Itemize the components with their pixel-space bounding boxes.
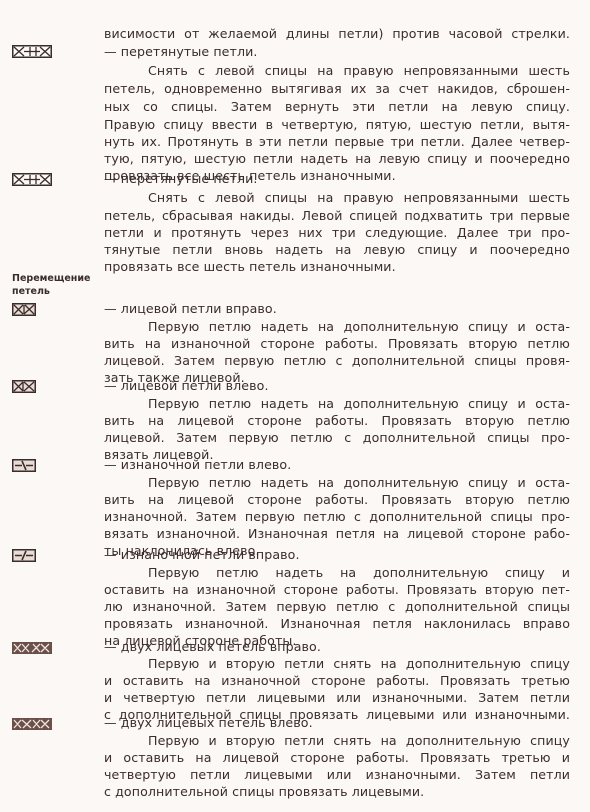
purl-stitch-left-icon xyxy=(12,459,36,472)
book-page: висимости от желаемой длины петли) проти… xyxy=(0,0,590,812)
section-heading-line: петель xyxy=(12,285,90,298)
move-2-line: Первую петлю надеть на дополнительную сп… xyxy=(104,396,570,412)
block-1-line: ных со спицы. Затем вернуть эти петли на… xyxy=(104,99,570,115)
move-3-line: вить на лицевой стороне работы. Провязат… xyxy=(104,492,570,508)
move-3-line: Первую петлю надеть на дополнительную сп… xyxy=(104,475,570,491)
section-heading: Перемещение петель xyxy=(12,272,90,298)
move-4-line: Первую петлю надеть на дополнительную сп… xyxy=(104,565,570,581)
knit-stitch-left-icon xyxy=(12,380,36,393)
knit-stitch-right-icon xyxy=(12,303,36,316)
block-1-line: нуть их. Протянуть в эти петли первые тр… xyxy=(104,134,570,150)
move-3-title: — изнаночной петли влево. xyxy=(104,457,570,473)
move-2-line: лицевой. Затем первую петлю с дополнител… xyxy=(104,430,570,446)
purl-stitch-right-icon xyxy=(12,549,36,562)
move-5-line: и оставить на изнаночной стороне работы.… xyxy=(104,673,570,689)
block-2-line: провязать все шесть петель изнаночными. xyxy=(104,259,570,275)
move-6-line: с дополнительной спицы провязать лицевым… xyxy=(104,784,570,800)
move-5-title: — двух лицевых петель вправо. xyxy=(104,639,570,655)
move-6-line: и оставить на лицевой стороне работы. Пр… xyxy=(104,750,570,766)
continuation-line: висимости от желаемой длины петли) проти… xyxy=(104,26,570,42)
move-3-line: изнаночной. Затем первую петлю с дополни… xyxy=(104,509,570,525)
block-2-title: — перетянутые петли. xyxy=(104,171,570,187)
block-1-title: — перетянутые петли. xyxy=(104,44,570,60)
section-heading-line: Перемещение xyxy=(12,272,90,285)
block-1-line: Снять с левой спицы на правую непровязан… xyxy=(104,63,570,79)
move-5-line: Первую и вторую петли снять на дополните… xyxy=(104,656,570,672)
block-2-line: петель, сбрасывая накиды. Левой спицей п… xyxy=(104,208,570,224)
block-1-line: петель, одновременно вытягивая их за сче… xyxy=(104,81,570,97)
move-2-line: вить на лицевой стороне работы. Провязат… xyxy=(104,413,570,429)
cable-six-stitch-cross-right-icon xyxy=(12,173,52,186)
move-4-title: — изнаночной петли вправо. xyxy=(104,547,570,563)
move-1-line: лицевой. Затем первую петлю с дополнител… xyxy=(104,353,570,369)
move-1-line: вить на изнаночной стороне работы. Провя… xyxy=(104,336,570,352)
move-1-title: — лицевой петли вправо. xyxy=(104,301,570,317)
block-2-line: тянутые петли вновь надеть на левую спиц… xyxy=(104,242,570,258)
move-1-line: Первую петлю надеть на дополнительную сп… xyxy=(104,319,570,335)
block-1-line: тую, пятую, шестую петли надеть на левую… xyxy=(104,151,570,167)
move-6-title: — двух лицевых петель влево. xyxy=(104,715,570,731)
block-2-line: петли и протянуть через них три следующи… xyxy=(104,225,570,241)
cable-six-stitch-cross-left-icon xyxy=(12,45,52,58)
two-knit-stitches-left-icon xyxy=(12,718,52,730)
block-2-line: Снять с левой спицы на правую непровязан… xyxy=(104,190,570,206)
move-4-line: лю изнаночной. Затем первую петлю с допо… xyxy=(104,599,570,615)
move-4-line: оставить на изнаночной стороне работы. П… xyxy=(104,582,570,598)
block-1-line: Правую спицу ввести в четвертую, пятую, … xyxy=(104,117,570,133)
move-2-title: — лицевой петли влево. xyxy=(104,378,570,394)
move-3-line: вязать изнаночной. Изнаночная петля на л… xyxy=(104,526,570,542)
two-knit-stitches-right-icon xyxy=(12,642,52,654)
move-6-line: Первую и вторую петли снять на дополните… xyxy=(104,733,570,749)
move-6-line: четвертую петли лицевыми или изнаночными… xyxy=(104,767,570,783)
move-5-line: и четвертую петли лицевыми или изнаночны… xyxy=(104,690,570,706)
move-4-line: провязать изнаночной. Изнаночная петля н… xyxy=(104,616,570,632)
